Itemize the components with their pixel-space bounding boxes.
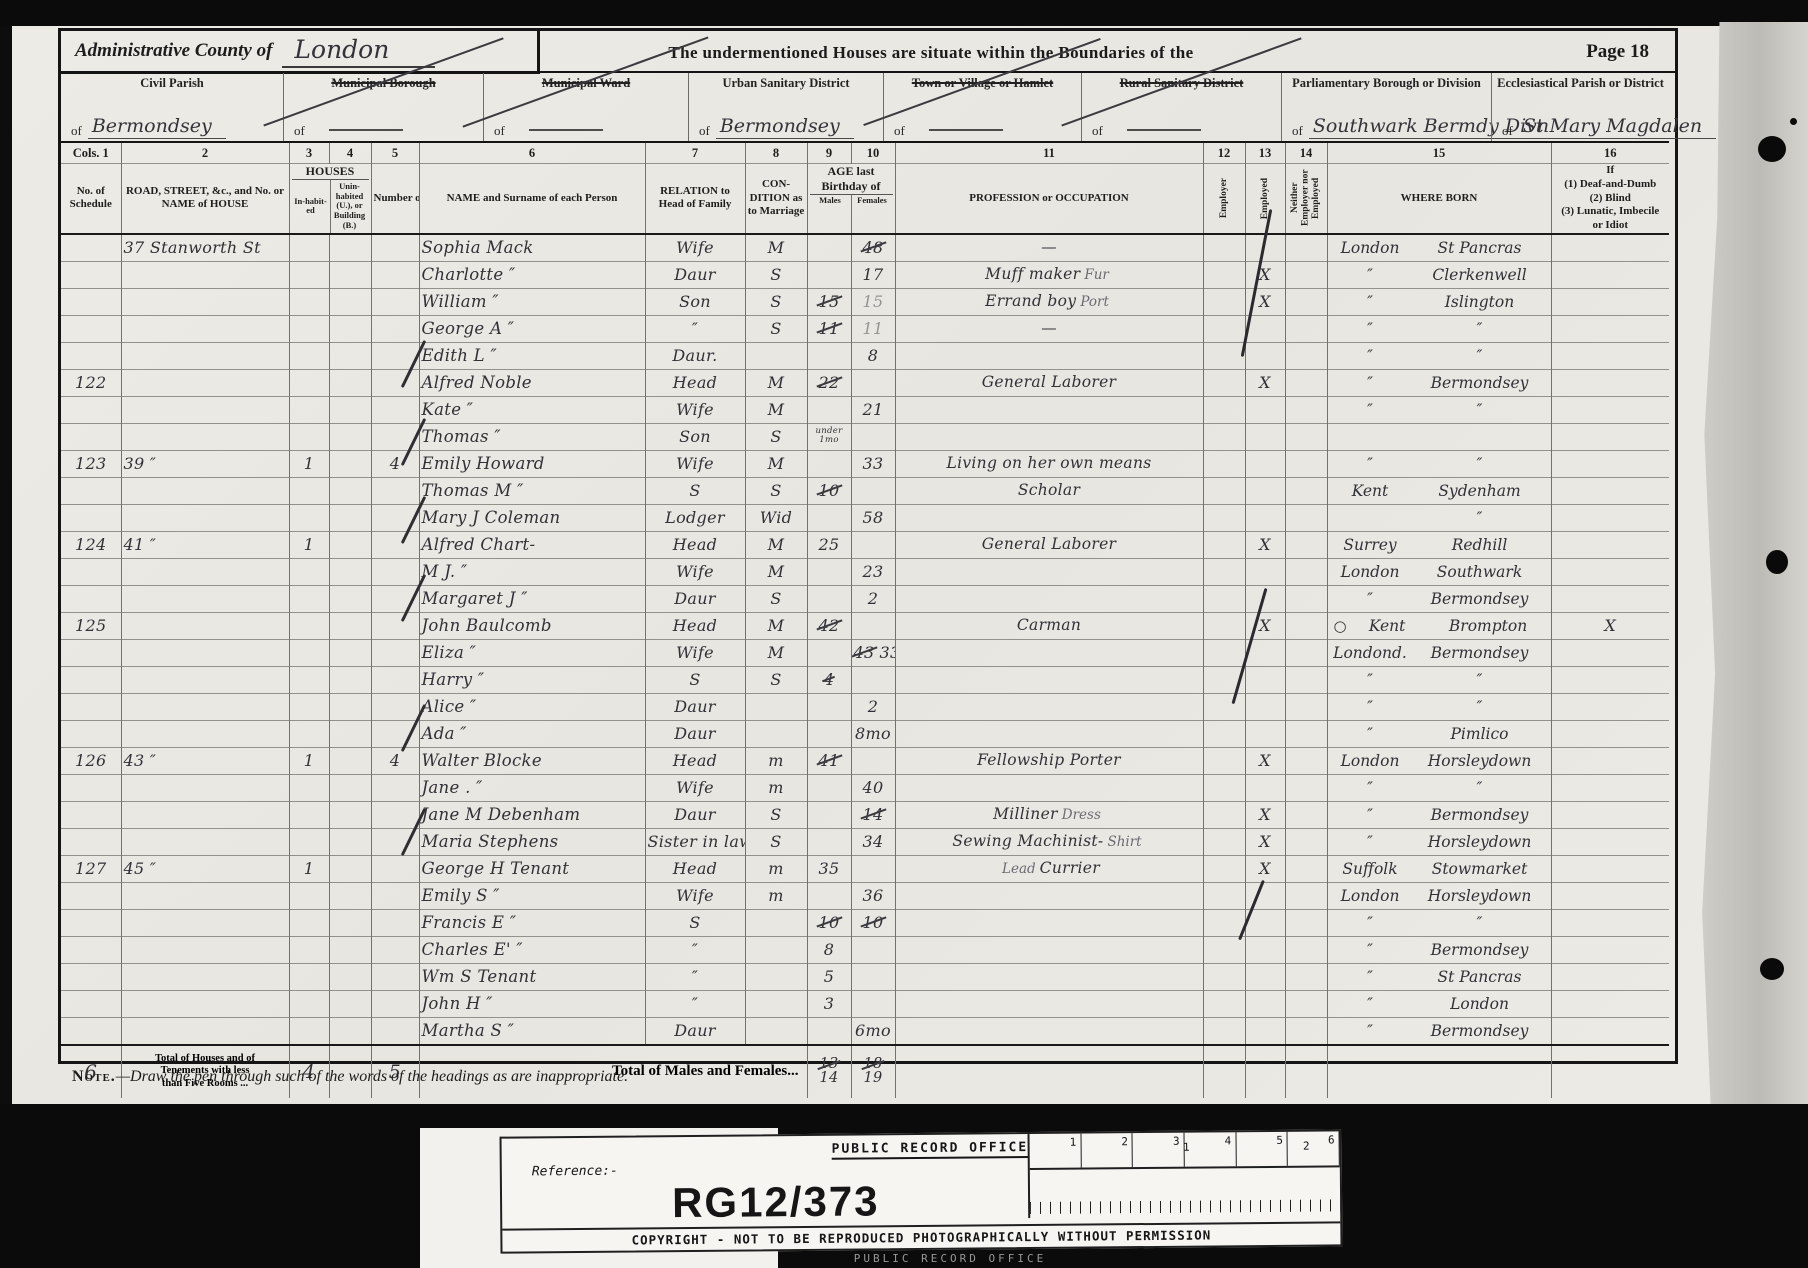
cell-employer: [1203, 1017, 1245, 1045]
cell-rel: Wife: [645, 882, 745, 909]
cell-rooms: [371, 855, 419, 882]
born-place: Clerkenwell: [1411, 266, 1549, 284]
cell-employed: [1245, 450, 1285, 477]
born-place: St Pancras: [1411, 968, 1549, 986]
pen-mark: ○: [1334, 617, 1347, 635]
totals-label-line: Total of Houses and of: [124, 1053, 287, 1066]
cell-inh: [289, 396, 329, 423]
born-county: [1330, 509, 1411, 527]
born-county: London: [1330, 239, 1411, 257]
handwritten-value: Head: [673, 535, 717, 554]
totals-females: 1819: [851, 1045, 895, 1098]
cell-occ: [895, 342, 1203, 369]
column-number: 15: [1327, 142, 1551, 164]
handwritten-value: 58: [863, 508, 884, 527]
person-row: 125John BaulcombHeadM42CarmanX○KentBromp…: [61, 612, 1669, 639]
cell-born: ″″: [1327, 909, 1551, 936]
district-column: Rural Sanitary Districtof: [1081, 73, 1281, 143]
handwritten-value: Daur: [674, 724, 716, 743]
handwritten-value: 21: [863, 400, 884, 419]
born-place: Sydenham: [1411, 482, 1549, 500]
handwritten-value: 6mo: [855, 1021, 891, 1040]
born-place: Bermondsey: [1411, 806, 1549, 824]
header-houses: HOUSESIn-habit-edUnin-habited (U.), or B…: [289, 164, 371, 234]
handwritten-value: S: [689, 913, 700, 932]
handwritten-value: 11: [819, 319, 840, 338]
header-where-born: WHERE BORN: [1327, 164, 1551, 234]
handwritten-value: X: [1259, 373, 1271, 392]
cell-infirm: [1551, 666, 1669, 693]
occupation-value: General Laborer: [982, 373, 1117, 391]
cell-road: [121, 315, 289, 342]
cell-sched: [61, 315, 121, 342]
table-head: Cols. 12345678910111213141516No. ofSched…: [61, 142, 1669, 234]
cell-infirm: [1551, 504, 1669, 531]
cell-road: [121, 639, 289, 666]
cell-road: [121, 774, 289, 801]
handwritten-value: 48: [863, 238, 884, 257]
cell-uninh: [329, 909, 371, 936]
cell-rooms: [371, 639, 419, 666]
handwritten-value: M J. ″: [422, 562, 468, 581]
cell-occ: [895, 666, 1203, 693]
district-column: Town or Village or Hamletof: [883, 73, 1081, 143]
cell-infirm: [1551, 801, 1669, 828]
cell-neither: [1285, 450, 1327, 477]
born-place: Bermondsey: [1411, 590, 1549, 608]
blank-dash: [529, 119, 603, 131]
cell-employed: [1245, 990, 1285, 1017]
cell-road: [121, 720, 289, 747]
cell-cond: [745, 720, 807, 747]
cell-inh: [289, 990, 329, 1017]
born-county: ″: [1330, 293, 1411, 311]
cell-occ: —: [895, 234, 1203, 262]
cell-age-f: 8: [851, 342, 895, 369]
cell-employer: [1203, 909, 1245, 936]
cell-cond: m: [745, 747, 807, 774]
cell-rooms: [371, 963, 419, 990]
cell-cond: [745, 990, 807, 1017]
handwritten-value: X: [1259, 832, 1271, 851]
cell-age-m: [807, 342, 851, 369]
handwritten-value: 4: [390, 454, 400, 473]
born-wrap: ″″: [1330, 779, 1549, 797]
handwritten-value: 126: [75, 751, 106, 770]
cell-inh: [289, 936, 329, 963]
cell-road: [121, 666, 289, 693]
cell-name: Emily Howard: [419, 450, 645, 477]
district-handwritten-value: Bermondsey: [716, 115, 854, 139]
cell-employer: [1203, 936, 1245, 963]
cell-rel: Wife: [645, 396, 745, 423]
cell-age-f: 21: [851, 396, 895, 423]
handwritten-value: 14: [863, 805, 884, 824]
cell-age-f: [851, 369, 895, 396]
handwritten-value: Ada ″: [422, 724, 467, 743]
cell-employed: X: [1245, 369, 1285, 396]
cell-rel: Wife: [645, 639, 745, 666]
cell-age-m: 11: [807, 315, 851, 342]
pencil-annotation: Dress: [1062, 807, 1101, 823]
cell-age-m: [807, 720, 851, 747]
cell-uninh: [329, 369, 371, 396]
person-row: Alice ″Daur2″″: [61, 693, 1669, 720]
cell-employed: [1245, 693, 1285, 720]
born-place: ″: [1411, 401, 1549, 419]
born-place: Bermondsey: [1411, 374, 1549, 392]
cell-road: [121, 1017, 289, 1045]
cell-uninh: [329, 936, 371, 963]
cell-rooms: [371, 477, 419, 504]
cell-name: Alfred Noble: [419, 369, 645, 396]
cell-road: [121, 423, 289, 450]
person-row: Maria StephensSister in lawS34Sewing Mac…: [61, 828, 1669, 855]
cell-occ: [895, 693, 1203, 720]
handwritten-value: 125: [75, 616, 106, 635]
cell-rel: Lodger: [645, 504, 745, 531]
handwritten-value: 2: [868, 589, 878, 608]
totals-males: 1314: [807, 1045, 851, 1098]
cell-cond: Wid: [745, 504, 807, 531]
born-wrap: ″Bermondsey: [1330, 1022, 1549, 1040]
cell-rooms: [371, 261, 419, 288]
cell-age-f: [851, 936, 895, 963]
census-table: Cols. 12345678910111213141516No. ofSched…: [61, 141, 1669, 1098]
cell-born: LondonSouthwark: [1327, 558, 1551, 585]
cell-uninh: [329, 855, 371, 882]
cell-sched: [61, 558, 121, 585]
cell-name: Jane M Debenham: [419, 801, 645, 828]
cell-cond: M: [745, 396, 807, 423]
cell-cond: M: [745, 450, 807, 477]
born-county: ″: [1330, 374, 1411, 392]
cell-infirm: [1551, 585, 1669, 612]
cell-age-f: [851, 423, 895, 450]
table-body: 37 Stanworth StSophia MackWifeM48—London…: [61, 234, 1669, 1098]
scan-bottom-area: PUBLIC RECORD OFFICE Reference:- RG12/37…: [0, 1104, 1808, 1268]
header-name: NAME and Surname of each Person: [419, 164, 645, 234]
cell-occ: [895, 1017, 1203, 1045]
totals-empty: [1285, 1045, 1327, 1098]
person-row: Francis E ″S1010″″: [61, 909, 1669, 936]
person-row: Ada ″Daur8mo″Pimlico: [61, 720, 1669, 747]
cell-cond: S: [745, 288, 807, 315]
born-wrap: SurreyRedhill: [1330, 536, 1549, 554]
cell-rooms: [371, 909, 419, 936]
cell-infirm: [1551, 423, 1669, 450]
cell-inh: [289, 423, 329, 450]
cell-name: George A ″: [419, 315, 645, 342]
handwritten-value: M: [768, 400, 785, 419]
handwritten-value: ″: [692, 940, 698, 959]
born-wrap: ″Islington: [1330, 293, 1549, 311]
cell-road: [121, 504, 289, 531]
cell-sched: [61, 261, 121, 288]
occupation-value: Muff maker: [985, 265, 1080, 283]
handwritten-value: Wife: [676, 562, 714, 581]
cell-sched: [61, 801, 121, 828]
person-row: 12643 ″14Walter BlockeHeadm41Fellowship …: [61, 747, 1669, 774]
cell-inh: [289, 801, 329, 828]
handwritten-value: Sister in law: [648, 832, 746, 851]
cell-inh: [289, 234, 329, 262]
cell-age-f: [851, 531, 895, 558]
cell-employed: [1245, 315, 1285, 342]
cell-cond: S: [745, 315, 807, 342]
cell-cond: S: [745, 261, 807, 288]
cell-uninh: [329, 585, 371, 612]
cell-neither: [1285, 720, 1327, 747]
cell-age-m: [807, 234, 851, 262]
handwritten-value: Edith L ″: [422, 346, 497, 365]
cell-occ: Fellowship Porter: [895, 747, 1203, 774]
cell-sched: [61, 720, 121, 747]
handwritten-value: Wife: [676, 886, 714, 905]
occupation-value: Fellowship Porter: [977, 751, 1121, 769]
cell-neither: [1285, 828, 1327, 855]
cell-employed: [1245, 1017, 1285, 1045]
cell-name: Ada ″: [419, 720, 645, 747]
person-row: Charlotte ″DaurS17Muff makerFurX″Clerken…: [61, 261, 1669, 288]
cell-age-f: 4333: [851, 639, 895, 666]
person-row: Thomas M ″SS10ScholarKentSydenham: [61, 477, 1669, 504]
handwritten-value: 39 ″: [124, 454, 157, 473]
handwritten-value: 35: [819, 859, 840, 878]
punch-hole: [1758, 136, 1786, 162]
born-county: Kent: [1347, 617, 1428, 635]
born-county: Kent: [1330, 482, 1411, 500]
cell-inh: [289, 558, 329, 585]
handwritten-value: 34: [863, 832, 884, 851]
cell-age-f: 58: [851, 504, 895, 531]
handwritten-value: S: [770, 670, 781, 689]
cell-inh: [289, 720, 329, 747]
cell-age-f: 8mo: [851, 720, 895, 747]
cell-cond: [745, 909, 807, 936]
cell-sched: [61, 585, 121, 612]
header-occupation: PROFESSION or OCCUPATION: [895, 164, 1203, 234]
cell-age-m: [807, 558, 851, 585]
cell-name: Alice ″: [419, 693, 645, 720]
district-value: ofSouthwark Bermdy Divn: [1282, 115, 1491, 143]
column-number: 4: [329, 142, 371, 164]
cell-uninh: [329, 477, 371, 504]
handwritten-value: Wife: [676, 778, 714, 797]
born-county: ″: [1330, 968, 1411, 986]
cell-neither: [1285, 963, 1327, 990]
ruler-number: 2: [1303, 1140, 1310, 1153]
handwritten-value: 25: [819, 535, 840, 554]
header-line: Schedule: [63, 198, 119, 212]
cell-rel: Son: [645, 423, 745, 450]
cell-age-m: [807, 1017, 851, 1045]
females-total: 19: [863, 1072, 882, 1086]
column-number: 13: [1245, 142, 1285, 164]
cell-age-f: 14: [851, 801, 895, 828]
cell-rel: Wife: [645, 558, 745, 585]
cell-cond: [745, 693, 807, 720]
born-place: ″: [1411, 347, 1549, 365]
handwritten-value: m: [768, 886, 783, 905]
cell-inh: [289, 666, 329, 693]
handwritten-value: m: [768, 778, 783, 797]
column-number: 10: [851, 142, 895, 164]
cell-cond: M: [745, 234, 807, 262]
district-column: Municipal Wardof: [483, 73, 688, 143]
cell-infirm: [1551, 261, 1669, 288]
cell-inh: [289, 315, 329, 342]
cell-uninh: [329, 342, 371, 369]
cell-road: [121, 369, 289, 396]
cell-rel: Daur: [645, 720, 745, 747]
cell-age-f: [851, 666, 895, 693]
cell-cond: S: [745, 801, 807, 828]
handwritten-value: 41 ″: [124, 535, 157, 554]
cell-name: John H ″: [419, 990, 645, 1017]
cell-rel: S: [645, 909, 745, 936]
cell-neither: [1285, 288, 1327, 315]
born-place: Stowmarket: [1411, 860, 1549, 878]
cell-age-f: 17: [851, 261, 895, 288]
cell-cond: M: [745, 612, 807, 639]
handwritten-value: Lodger: [665, 508, 725, 527]
district-handwritten-value: St Mary Magdalen: [1519, 115, 1716, 139]
cell-employer: [1203, 504, 1245, 531]
handwritten-value: 23: [863, 562, 884, 581]
cell-occ: [895, 936, 1203, 963]
occupation-value: —: [1041, 238, 1057, 256]
cell-age-m: 10: [807, 909, 851, 936]
district-caption: Ecclesiastical Parish or District: [1492, 73, 1669, 91]
cell-employer: [1203, 774, 1245, 801]
cell-employer: [1203, 855, 1245, 882]
born-wrap: ″: [1330, 509, 1549, 527]
handwritten-value: M: [768, 373, 785, 392]
cell-employer: [1203, 720, 1245, 747]
born-county: ″: [1330, 725, 1411, 743]
cell-uninh: [329, 693, 371, 720]
cell-rooms: [371, 288, 419, 315]
born-county: Londond.: [1330, 644, 1411, 662]
cell-age-m: 3: [807, 990, 851, 1017]
of-prefix: of: [894, 123, 905, 139]
cell-name: M J. ″: [419, 558, 645, 585]
females-total-struck: 18: [863, 1058, 882, 1072]
cell-employed: X: [1245, 828, 1285, 855]
cell-age-m: 5: [807, 963, 851, 990]
cell-road: 39 ″: [121, 450, 289, 477]
stamp-ruler: 123456 1 2: [1028, 1131, 1341, 1218]
cell-rooms: 4: [371, 747, 419, 774]
column-header-row: No. ofScheduleROAD, STREET, &c., and No.…: [61, 164, 1669, 234]
handwritten-value: X: [1259, 535, 1271, 554]
handwritten-value: 127: [75, 859, 106, 878]
column-number-row: Cols. 12345678910111213141516: [61, 142, 1669, 164]
district-value: ofBermondsey: [61, 115, 283, 143]
cell-age-f: 15: [851, 288, 895, 315]
cell-age-m: [807, 585, 851, 612]
occupation-value: General Laborer: [982, 535, 1117, 553]
cell-uninh: [329, 450, 371, 477]
handwritten-value: 8: [824, 940, 834, 959]
handwritten-value: m: [768, 751, 783, 770]
cell-neither: [1285, 747, 1327, 774]
cell-age-f: [851, 477, 895, 504]
person-row: 12441 ″1Alfred Chart-HeadM25General Labo…: [61, 531, 1669, 558]
occupation-value: Living on her own means: [947, 454, 1152, 472]
handwritten-value: 8mo: [855, 724, 891, 743]
cell-rooms: [371, 1017, 419, 1045]
handwritten-value: Eliza ″: [422, 643, 477, 662]
person-row: Harry ″SS4″″: [61, 666, 1669, 693]
column-number: 3: [289, 142, 329, 164]
born-wrap: LondonHorsleydown: [1330, 887, 1549, 905]
cell-born: ″″: [1327, 450, 1551, 477]
cell-road: [121, 990, 289, 1017]
occupation-value: Currier: [1040, 859, 1100, 877]
person-row: Jane . ″Wifem40″″: [61, 774, 1669, 801]
cell-age-m: [807, 774, 851, 801]
reference-value: RG12/373: [672, 1177, 880, 1227]
cell-inh: [289, 612, 329, 639]
handwritten-value: 123: [75, 454, 106, 473]
cell-uninh: [329, 288, 371, 315]
cell-neither: [1285, 855, 1327, 882]
handwritten-value: Sophia Mack: [422, 238, 534, 257]
handwritten-value: Martha S ″: [422, 1021, 515, 1040]
cell-inh: [289, 288, 329, 315]
born-county: ″: [1330, 914, 1411, 932]
person-row: Margaret J ″DaurS2″Bermondsey: [61, 585, 1669, 612]
cell-sched: 122: [61, 369, 121, 396]
cell-neither: [1285, 693, 1327, 720]
cell-cond: M: [745, 369, 807, 396]
ruler-number-cell: 6: [1288, 1131, 1340, 1165]
cell-inh: 1: [289, 747, 329, 774]
born-county: ″: [1330, 806, 1411, 824]
handwritten-value: Alfred Noble: [422, 373, 532, 392]
district-caption: Town or Village or Hamlet: [884, 73, 1081, 91]
born-place: Bermondsey: [1411, 1022, 1549, 1040]
cell-name: Kate ″: [419, 396, 645, 423]
cell-employer: [1203, 882, 1245, 909]
cell-cond: S: [745, 423, 807, 450]
handwritten-value: Maria Stephens: [422, 832, 559, 851]
cell-rel: Daur: [645, 693, 745, 720]
cell-age-m: 4: [807, 666, 851, 693]
born-wrap: Londond.Bermondsey: [1330, 644, 1549, 662]
age-split: MalesFemales: [810, 194, 893, 233]
cell-road: [121, 936, 289, 963]
handwritten-value: Kate ″: [422, 400, 474, 419]
occupation-value: Errand boy: [985, 292, 1076, 310]
cell-age-f: [851, 963, 895, 990]
handwritten-value: S: [689, 481, 700, 500]
form-title: The undermentioned Houses are situate wi…: [561, 43, 1301, 63]
cell-cond: M: [745, 531, 807, 558]
handwritten-value: Emily Howard: [422, 454, 545, 473]
handwritten-value: Daur: [674, 805, 716, 824]
cell-infirm: [1551, 693, 1669, 720]
cell-employer: [1203, 477, 1245, 504]
handwritten-value: X: [1259, 292, 1271, 311]
cell-infirm: [1551, 531, 1669, 558]
born-county: ″: [1330, 455, 1411, 473]
handwritten-value: 10: [819, 481, 840, 500]
handwritten-value: Daur: [674, 265, 716, 284]
totals-empty: [1245, 1045, 1285, 1098]
